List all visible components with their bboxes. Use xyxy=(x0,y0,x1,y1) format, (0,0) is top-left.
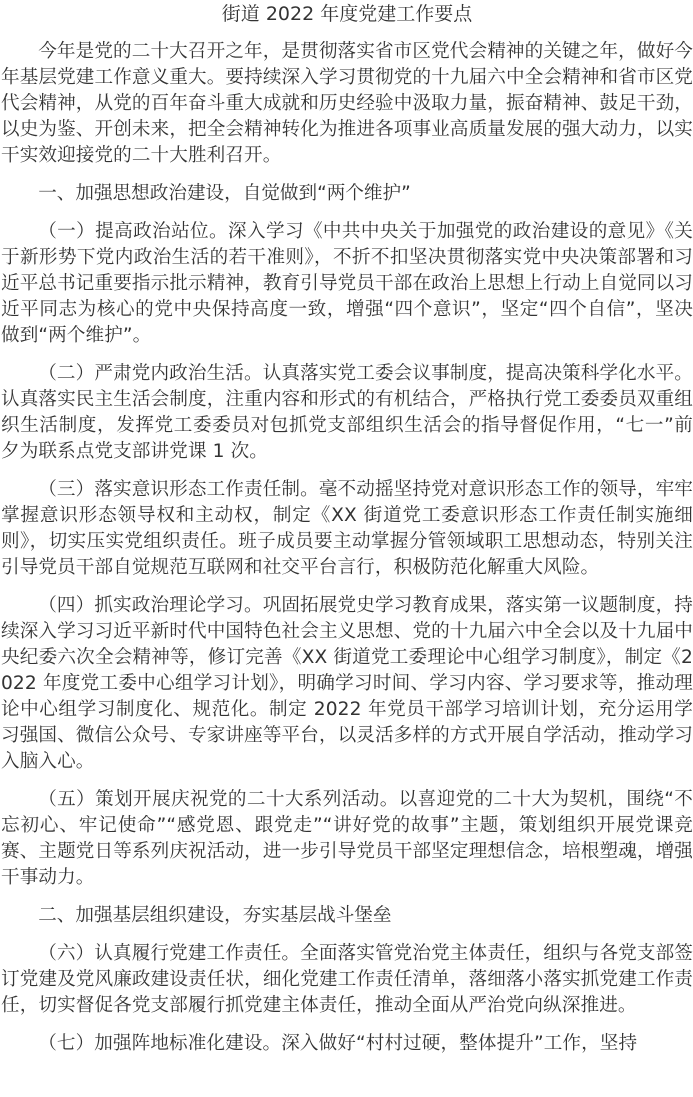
paragraph-5: （五）策划开展庆祝党的二十大系列活动。以喜迎党的二十大为契机，围绕“不忘初心、牢… xyxy=(1,787,693,891)
section-heading: 二、加强基层组织建设，夯实基层战斗堡垒 xyxy=(1,903,693,929)
paragraph-3: （三）落实意识形态工作责任制。毫不动摇坚持党对意识形态工作的领导，牢牢掌握意识形… xyxy=(1,477,693,581)
section-2: 二、加强基层组织建设，夯实基层战斗堡垒 （六）认真履行党建工作责任。全面落实管党… xyxy=(1,903,693,1057)
section-heading: 一、加强思想政治建设，自觉做到“两个维护” xyxy=(1,181,693,207)
intro-paragraph: 今年是党的二十大召开之年，是贯彻落实省市区党代会精神的关键之年，做好今年基层党建… xyxy=(1,39,693,169)
paragraph-7: （七）加强阵地标准化建设。深入做好“村村过硬，整体提升”工作，坚持 xyxy=(1,1031,693,1057)
paragraph-6: （六）认真履行党建工作责任。全面落实管党治党主体责任，组织与各党支部签订党建及党… xyxy=(1,941,693,1019)
document-title: 街道 2022 年度党建工作要点 xyxy=(1,0,693,29)
paragraph-4: （四）抓实政治理论学习。巩固拓展党史学习教育成果，落实第一议题制度，持续深入学习… xyxy=(1,593,693,775)
document: 街道 2022 年度党建工作要点 今年是党的二十大召开之年，是贯彻落实省市区党代… xyxy=(0,0,693,1057)
section-1: 一、加强思想政治建设，自觉做到“两个维护” （一）提高政治站位。深入学习《中共中… xyxy=(1,181,693,891)
paragraph-2: （二）严肃党内政治生活。认真落实党工委会议事制度，提高决策科学化水平。认真落实民… xyxy=(1,361,693,465)
paragraph-1: （一）提高政治站位。深入学习《中共中央关于加强党的政治建设的意见》《关于新形势下… xyxy=(1,219,693,349)
